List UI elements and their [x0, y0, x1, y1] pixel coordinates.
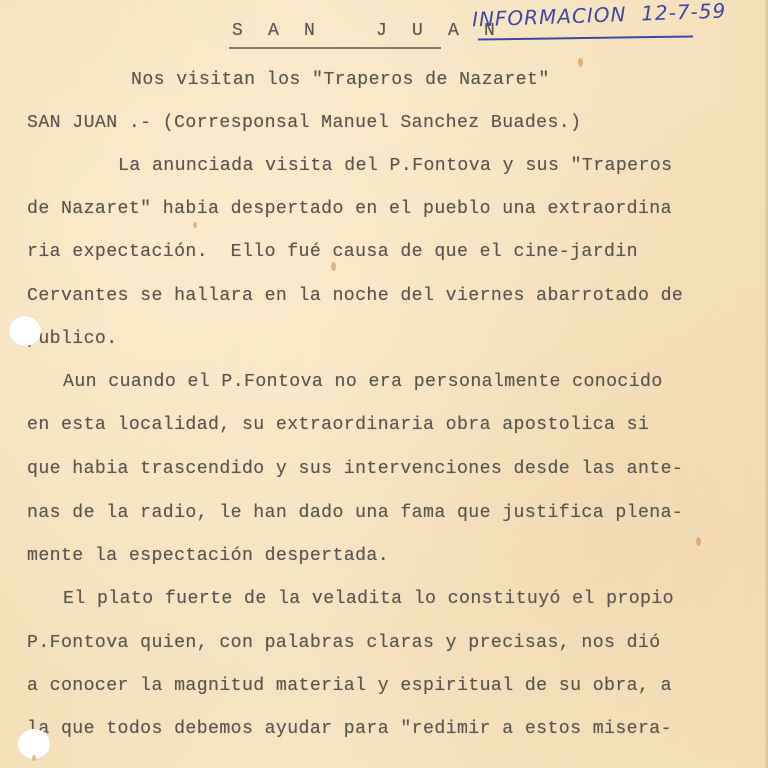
body-line: en esta localidad, su extraordinaria obr… [27, 416, 649, 434]
body-line: La anunciada visita del P.Fontova y sus … [118, 157, 672, 175]
body-line: ria expectación. Ello fué causa de que e… [27, 243, 638, 261]
body-line: la que todos debemos ayudar para "redimi… [27, 720, 672, 738]
body-line: Cervantes se hallara en la noche del vie… [27, 287, 683, 305]
paper-stain [193, 222, 197, 228]
handwritten-annotation: INFORMACION 12-7-59 [472, 0, 727, 31]
paper-stain [32, 755, 36, 761]
body-line: Aun cuando el P.Fontova no era personalm… [63, 373, 663, 391]
article-subtitle: Nos visitan los "Traperos de Nazaret" [131, 71, 550, 89]
body-line: P.Fontova quien, con palabras claras y p… [27, 634, 661, 652]
body-line: que habia trascendido y sus intervencion… [27, 460, 683, 478]
body-line: nas de la radio, le han dado una fama qu… [27, 504, 683, 522]
article-dateline: SAN JUAN .- (Corresponsal Manuel Sanchez… [27, 114, 581, 132]
page-edge-shadow [764, 0, 768, 768]
paper-stain [331, 262, 336, 271]
paper-stain [696, 537, 701, 546]
document-header-title: S A N J U A N [232, 22, 502, 40]
paper-stain [578, 58, 583, 67]
body-line: mente la espectación despertada. [27, 547, 389, 565]
header-underline [229, 47, 441, 49]
punch-hole [9, 316, 41, 346]
body-line: de Nazaret" habia despertado en el puebl… [27, 200, 672, 218]
scanned-document-page: S A N J U A N INFORMACION 12-7-59 Nos vi… [0, 0, 768, 768]
handwritten-underline [478, 35, 693, 40]
body-line: El plato fuerte de la veladita lo consti… [63, 590, 674, 608]
body-line: a conocer la magnitud material y espirit… [27, 677, 672, 695]
